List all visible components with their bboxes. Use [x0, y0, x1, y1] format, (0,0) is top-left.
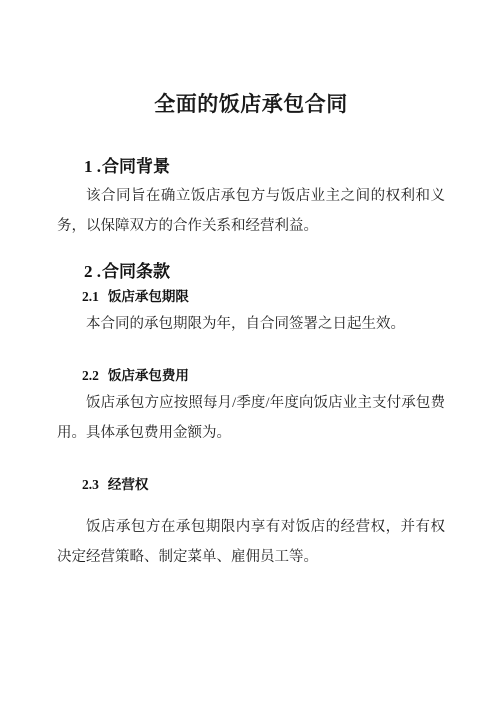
section-1-heading: 1 .合同背景 [57, 156, 445, 177]
subsection-2-2-number: 2.2 [82, 368, 99, 383]
subsection-2-2-heading: 2.2饭店承包费用 [57, 367, 445, 384]
subsection-2-2-heading-text: 饭店承包费用 [108, 368, 189, 383]
subsection-contract-fee: 2.2饭店承包费用 饭店承包方应按照每月/季度/年度向饭店业主支付承包费用。具体… [57, 367, 445, 448]
section-contract-terms: 2 .合同条款 2.1饭店承包期限 本合同的承包期限为年，自合同签署之日起生效。… [57, 261, 445, 572]
section-2-heading-text: 合同条款 [102, 262, 170, 281]
section-1-paragraph: 该合同旨在确立饭店承包方与饭店业主之间的权利和义务，以保障双方的合作关系和经营利… [57, 181, 445, 241]
subsection-2-1-heading-text: 饭店承包期限 [108, 289, 189, 304]
subsection-2-3-heading: 2.3经营权 [57, 476, 445, 493]
subsection-contract-period: 2.1饭店承包期限 本合同的承包期限为年，自合同签署之日起生效。 [57, 288, 445, 339]
subsection-2-3-paragraph: 饭店承包方在承包期限内享有对饭店的经营权，并有权决定经营策略、制定菜单、雇佣员工… [57, 512, 445, 572]
section-contract-background: 1 .合同背景 该合同旨在确立饭店承包方与饭店业主之间的权利和义务，以保障双方的… [57, 156, 445, 241]
document-page: 全面的饭店承包合同 1 .合同背景 该合同旨在确立饭店承包方与饭店业主之间的权利… [0, 0, 500, 707]
subsection-2-1-number: 2.1 [82, 289, 99, 304]
section-1-number: 1 . [84, 157, 101, 176]
section-1-heading-text: 合同背景 [102, 157, 170, 176]
subsection-2-3-number: 2.3 [82, 477, 99, 492]
subsection-operating-rights: 2.3经营权 饭店承包方在承包期限内享有对饭店的经营权，并有权决定经营策略、制定… [57, 476, 445, 572]
section-2-number: 2 . [84, 262, 101, 281]
subsection-2-3-heading-text: 经营权 [108, 477, 149, 492]
document-title: 全面的饭店承包合同 [57, 0, 445, 120]
subsection-2-1-paragraph: 本合同的承包期限为年，自合同签署之日起生效。 [57, 309, 445, 339]
subsection-2-2-paragraph: 饭店承包方应按照每月/季度/年度向饭店业主支付承包费用。具体承包费用金额为。 [57, 388, 445, 448]
section-2-heading: 2 .合同条款 [57, 261, 445, 282]
subsection-2-1-heading: 2.1饭店承包期限 [57, 288, 445, 305]
